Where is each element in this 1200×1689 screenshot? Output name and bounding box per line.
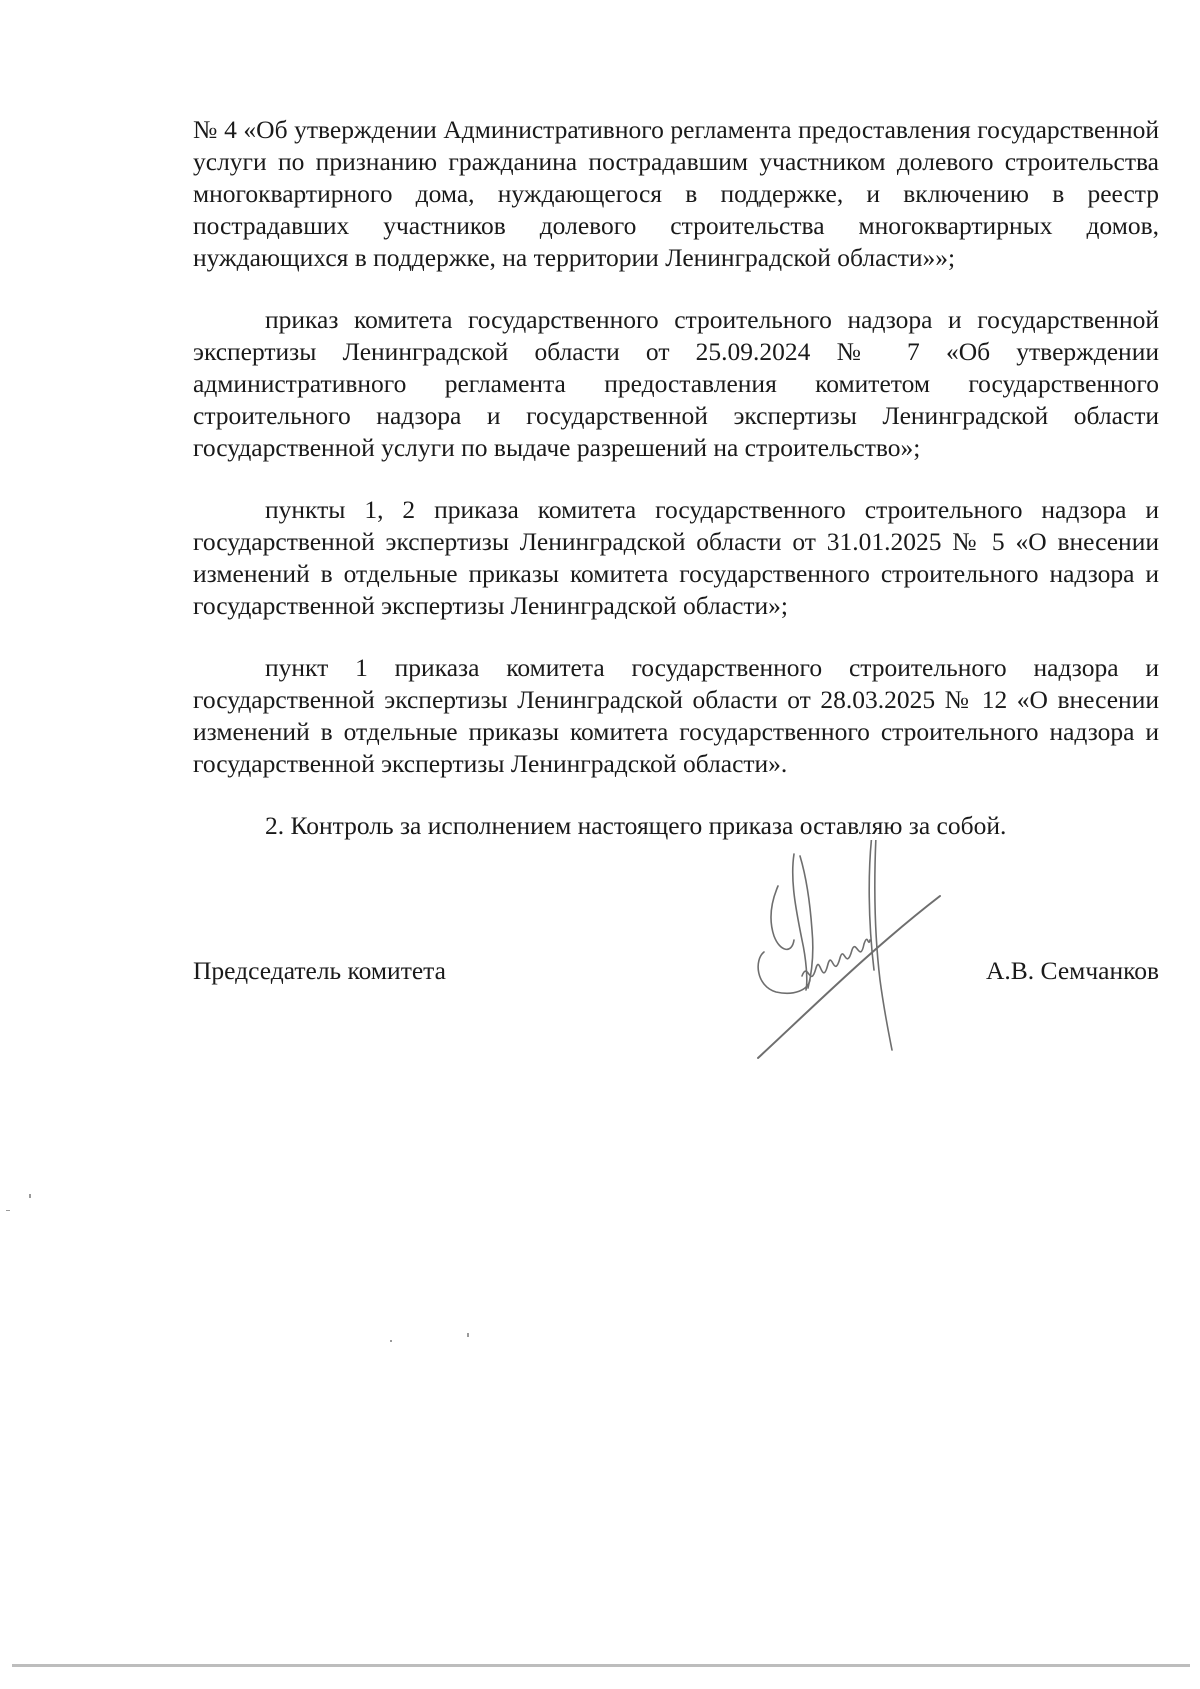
scan-edge-rule — [12, 1664, 1190, 1667]
scan-speck — [390, 1340, 392, 1342]
document-page: № 4 «Об утверждении Административного ре… — [0, 0, 1200, 1689]
paragraph-repealed-order-4: № 4 «Об утверждении Административного ре… — [193, 114, 1159, 274]
scan-speck — [6, 1210, 10, 1211]
paragraph-repealed-order-7: приказ комитета государственного строите… — [193, 304, 1159, 464]
signer-title: Председатель комитета — [193, 955, 446, 987]
scan-speck — [467, 1333, 469, 1337]
signer-name: А.В. Семчанков — [986, 955, 1159, 987]
signature-block: Председатель комитета А.В. Семчанков — [193, 955, 1159, 995]
paragraph-repealed-order-5: пункты 1, 2 приказа комитета государстве… — [193, 494, 1159, 622]
scan-speck — [29, 1194, 31, 1198]
document-body: № 4 «Об утверждении Административного ре… — [193, 114, 1159, 872]
handwritten-signature-icon — [750, 840, 990, 1080]
control-clause: 2. Контроль за исполнением настоящего пр… — [193, 810, 1159, 842]
paragraph-repealed-order-12: пункт 1 приказа комитета государственног… — [193, 652, 1159, 780]
